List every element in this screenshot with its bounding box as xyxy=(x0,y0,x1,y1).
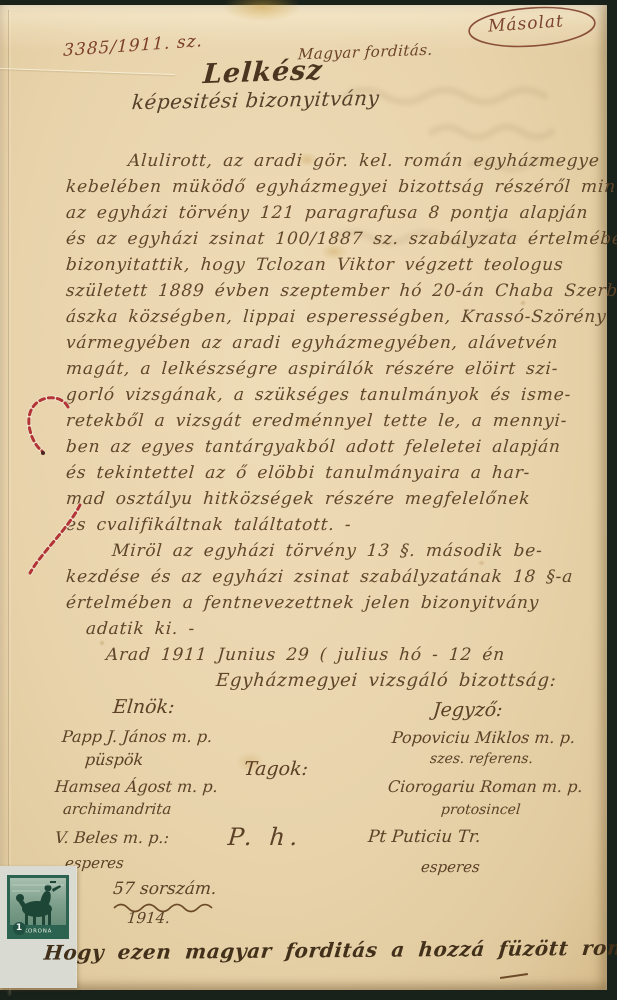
body-line: és tekintettel az ő elöbbi tanulmányaira… xyxy=(65,460,597,486)
body-line: ben az egyes tantárgyakból adott felelet… xyxy=(65,434,597,460)
body-line: retekből a vizsgát eredménnyel tette le,… xyxy=(65,408,597,434)
bottom-annotation: Hogy ezen magyar forditás a hozzá füzött… xyxy=(43,935,617,964)
member3-signature: V. Beles m. p.: xyxy=(54,828,170,847)
body-line: gorló vizsgának, a szükséges tanulmányok… xyxy=(65,382,597,408)
stamp-value-badge: 1 xyxy=(12,921,26,935)
committee-heading: Egyházmegyei vizsgáló bizottság: xyxy=(65,668,597,694)
body-line: és az egyházi zsinat 100/1887 sz. szabál… xyxy=(65,226,597,252)
copy-oval-stamp: Másolat xyxy=(466,3,600,51)
secretary-title: szes. referens. xyxy=(429,751,533,767)
stamp-currency-label: KORONA xyxy=(24,927,52,933)
body-line: magát, a lelkészségre aspirálók részére … xyxy=(65,356,597,382)
members-label: Tagok: xyxy=(243,758,309,780)
member4-signature: Pt Puticiu Tr. xyxy=(367,827,481,847)
body-line: Alulirott, az aradi gör. kel. román egyh… xyxy=(65,148,597,174)
member2-signature: Ciorogariu Roman m. p. xyxy=(387,777,583,796)
paper-crease-horizontal xyxy=(0,68,175,75)
binding-thread xyxy=(8,393,98,588)
document-title-line1: Lelkész xyxy=(202,55,324,90)
body-line: kebelében müködő egyházmegyei bizottság … xyxy=(65,174,597,200)
body-line: született 1889 évben szeptember hó 20-án… xyxy=(65,278,597,304)
revenue-stamp-artwork: KORONA 1 xyxy=(7,875,69,939)
document-body: Alulirott, az aradi gör. kel. román egyh… xyxy=(66,148,596,694)
body-line: adatik ki. - xyxy=(65,616,597,642)
body-line: bizonyitattik, hogy Tclozan Viktor végze… xyxy=(65,252,597,278)
body-line: és cvalifikáltnak találtatott. - xyxy=(65,512,597,538)
member2-title: protosincel xyxy=(440,802,521,818)
body-line: kezdése és az egyházi zsinat szabályzatá… xyxy=(65,564,597,590)
secretary-signature: Popoviciu Miklos m. p. xyxy=(391,728,576,747)
body-line: mad osztályu hitközségek részére megfele… xyxy=(65,486,597,512)
body-line: ászka községben, lippai esperességben, K… xyxy=(65,304,597,330)
date-line: Arad 1911 Junius 29 ( julius hó - 12 én xyxy=(65,642,597,668)
member4-title: esperes xyxy=(420,858,480,876)
serial-year: 1914. xyxy=(126,909,171,927)
chairman-signature: Papp J. János m. p. xyxy=(61,727,213,746)
member1-title: archimandrita xyxy=(62,800,172,818)
serial-number: 57 sorszám. xyxy=(112,879,217,899)
chairman-title: püspök xyxy=(84,750,144,769)
body-line: értelmében a fentnevezettnek jelen bizon… xyxy=(65,590,597,616)
document-title-line2: képesitési bizonyitvány xyxy=(131,86,381,114)
seal-placeholder: P. h. xyxy=(227,823,304,851)
revenue-stamp: KORONA 1 xyxy=(0,866,77,988)
member1-signature: Hamsea Ágost m. p. xyxy=(54,777,218,796)
secretary-label: Jegyző: xyxy=(432,699,504,721)
chairman-label: Elnök: xyxy=(112,696,175,718)
body-line: vármegyében az aradi egyházmegyében, alá… xyxy=(65,330,597,356)
body-line: Miröl az egyházi törvény 13 §. második b… xyxy=(65,538,597,564)
body-line: az egyházi törvény 121 paragrafusa 8 pon… xyxy=(65,200,597,226)
stamp-value: 1 xyxy=(13,922,26,935)
